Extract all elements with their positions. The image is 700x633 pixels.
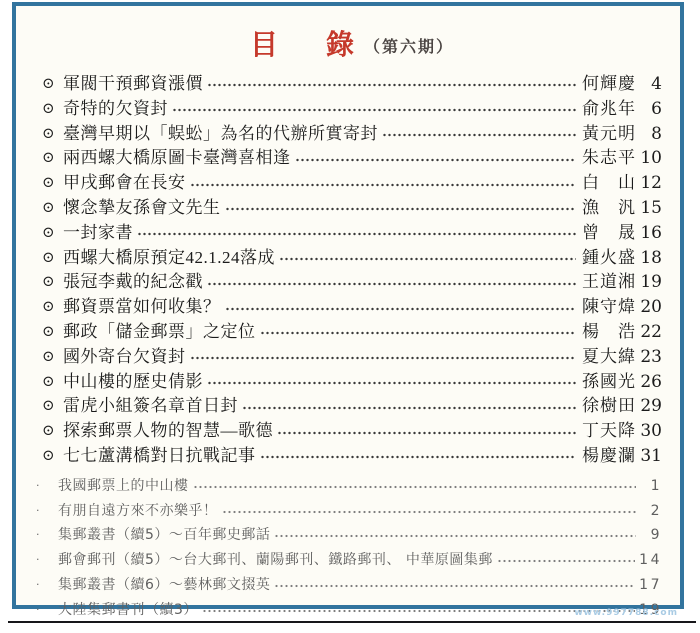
dot-leader: [222, 504, 637, 518]
entry-author: 王道湘: [582, 270, 638, 295]
dot-leader: [190, 349, 577, 366]
appendix-entry-row: · 我國郵票上的中山樓 1: [36, 474, 662, 499]
appendix-bullet-icon: ·: [36, 548, 58, 573]
appendix-page-number: 17: [639, 573, 662, 598]
toc-entry-row: ⊙ 一封家書 曾 晟 16: [42, 221, 662, 246]
entry-bullet-icon: ⊙: [42, 72, 63, 97]
entry-bullet-icon: ⊙: [42, 419, 63, 444]
entry-title: 奇特的欠資封: [63, 97, 168, 122]
entry-page-number: 30: [638, 419, 662, 444]
entry-bullet-icon: ⊙: [42, 345, 63, 370]
toc-entry-row: ⊙ 國外寄台欠資封 夏大緯 23: [42, 345, 662, 370]
entry-title: 中山樓的歷史倩影: [63, 370, 203, 395]
appendix-entry-title: 集郵叢書（續6）〜藝林郵文掇英: [58, 573, 270, 598]
entry-page-number: 6: [638, 97, 662, 122]
dot-leader: [190, 175, 577, 192]
entry-bullet-icon: ⊙: [42, 394, 63, 419]
entry-author: 鍾火盛: [582, 246, 638, 271]
entry-title: 七七蘆溝橋對日抗戰記事: [63, 444, 256, 469]
entry-author: 漁 汎: [582, 196, 638, 221]
entry-bullet-icon: ⊙: [42, 221, 63, 246]
entry-author: 黃元明: [582, 122, 638, 147]
dot-leader: [497, 554, 635, 568]
dot-leader: [295, 150, 577, 167]
entry-page-number: 22: [638, 320, 662, 345]
toc-entry-row: ⊙ 兩西螺大橋原圖卡臺灣喜相逢 朱志平 10: [42, 146, 662, 171]
entry-page-number: 23: [638, 345, 662, 370]
entry-title: 探索郵票人物的智慧—歌德: [63, 419, 273, 444]
toc-entry-row: ⊙ 張冠李戴的紀念戳 王道湘 19: [42, 270, 662, 295]
dot-leader: [260, 324, 577, 341]
entry-bullet-icon: ⊙: [42, 196, 63, 221]
entry-title: 雷虎小組簽名章首日封: [63, 394, 238, 419]
main-article-list: ⊙ 軍閥干預郵資漲價 何輝慶 4 ⊙ 奇特的欠資封 俞兆年 6 ⊙ 臺灣早期以「…: [42, 72, 662, 469]
entry-title: 懷念摯友孫會文先生: [63, 196, 221, 221]
entry-page-number: 18: [638, 246, 662, 271]
page-border-frame: 目 錄（第六期） ⊙ 軍閥干預郵資漲價 何輝慶 4 ⊙ 奇特的欠資封 俞兆年 6…: [12, 2, 684, 609]
dot-leader: [193, 479, 637, 493]
appendix-entry-title: 大陸集郵書刊（續3）: [58, 598, 198, 623]
entry-title: 張冠李戴的紀念戳: [63, 270, 203, 295]
entry-title: 西螺大橋原預定42.1.24落成: [63, 246, 275, 271]
dot-leader: [137, 225, 576, 242]
entry-title: 甲戌郵會在長安: [63, 171, 186, 196]
dot-leader: [207, 274, 576, 291]
entry-page-number: 8: [638, 122, 662, 147]
appendix-entry-row: · 有朋自遠方來不亦樂乎！ 2: [36, 499, 662, 524]
appendix-entry-title: 集郵叢書（續5）〜百年郵史郵話: [58, 523, 270, 548]
watermark-text: www.997788.com: [574, 608, 678, 618]
appendix-entry-title: 郵會郵刊（續5）〜台大郵刊、蘭陽郵刊、鐵路郵刊、 中華原圖集郵: [58, 548, 493, 573]
entry-page-number: 26: [638, 370, 662, 395]
entry-bullet-icon: ⊙: [42, 320, 63, 345]
entry-bullet-icon: ⊙: [42, 246, 63, 271]
appendix-bullet-icon: ·: [36, 573, 58, 598]
entry-author: 夏大緯: [582, 345, 638, 370]
dot-leader: [225, 200, 577, 217]
toc-entry-row: ⊙ 雷虎小組簽名章首日封 徐樹田 29: [42, 394, 662, 419]
entry-bullet-icon: ⊙: [42, 97, 63, 122]
appendix-entry-title: 有朋自遠方來不亦樂乎！: [58, 499, 218, 524]
dot-leader: [225, 299, 577, 316]
entry-author: 孫國光: [582, 370, 638, 395]
appendix-bullet-icon: ·: [36, 523, 58, 548]
issue-label: （第六期）: [364, 39, 454, 56]
dot-leader: [202, 603, 635, 617]
entry-author: 何輝慶: [582, 72, 638, 97]
entry-title: 郵資票當如何收集？: [63, 295, 221, 320]
appendix-page-number: 9: [640, 523, 662, 548]
dot-leader: [207, 76, 576, 93]
entry-title: 軍閥干預郵資漲價: [63, 72, 203, 97]
entry-title: 臺灣早期以「蜈蚣」為名的代辦所實寄封: [63, 122, 378, 147]
entry-author: 楊慶瀾: [582, 444, 638, 469]
toc-entry-row: ⊙ 軍閥干預郵資漲價 何輝慶 4: [42, 72, 662, 97]
toc-entry-row: ⊙ 中山樓的歷史倩影 孫國光 26: [42, 370, 662, 395]
entry-page-number: 15: [638, 196, 662, 221]
entry-bullet-icon: ⊙: [42, 270, 63, 295]
dot-leader: [279, 249, 576, 266]
appendix-entry-row: · 集郵叢書（續5）〜百年郵史郵話 9: [36, 523, 662, 548]
toc-entry-row: ⊙ 郵資票當如何收集？ 陳守煒 20: [42, 295, 662, 320]
entry-title: 一封家書: [63, 221, 133, 246]
bottom-rule-divider: [8, 621, 696, 623]
dot-leader: [207, 373, 576, 390]
dot-leader: [382, 125, 576, 142]
entry-title: 國外寄台欠資封: [63, 345, 186, 370]
entry-page-number: 20: [638, 295, 662, 320]
dot-leader: [274, 578, 635, 592]
entry-page-number: 19: [638, 270, 662, 295]
page-header: 目 錄（第六期）: [42, 20, 662, 62]
entry-page-number: 16: [638, 221, 662, 246]
appendix-entry-row: · 集郵叢書（續6）〜藝林郵文掇英 17: [36, 573, 662, 598]
entry-bullet-icon: ⊙: [42, 444, 63, 469]
entry-author: 白 山: [582, 171, 638, 196]
toc-entry-row: ⊙ 七七蘆溝橋對日抗戰記事 楊慶瀾 31: [42, 444, 662, 469]
entry-page-number: 31: [638, 444, 662, 469]
entry-page-number: 10: [638, 146, 662, 171]
toc-entry-row: ⊙ 懷念摯友孫會文先生 漁 汎 15: [42, 196, 662, 221]
entry-author: 朱志平: [582, 146, 638, 171]
entry-author: 曾 晟: [582, 221, 638, 246]
entry-title: 兩西螺大橋原圖卡臺灣喜相逢: [63, 146, 291, 171]
entry-author: 徐樹田: [582, 394, 638, 419]
appendix-list: · 我國郵票上的中山樓 1 · 有朋自遠方來不亦樂乎！ 2 · 集郵叢書（續5）…: [36, 474, 662, 623]
entry-bullet-icon: ⊙: [42, 370, 63, 395]
entry-author: 楊 浩: [582, 320, 638, 345]
dot-leader: [242, 398, 576, 415]
appendix-page-number: 1: [640, 474, 662, 499]
page-title: 目 錄: [250, 30, 364, 61]
entry-bullet-icon: ⊙: [42, 171, 63, 196]
entry-bullet-icon: ⊙: [42, 146, 63, 171]
appendix-bullet-icon: ·: [36, 474, 58, 499]
entry-bullet-icon: ⊙: [42, 295, 63, 320]
toc-entry-row: ⊙ 奇特的欠資封 俞兆年 6: [42, 97, 662, 122]
toc-entry-row: ⊙ 甲戌郵會在長安 白 山 12: [42, 171, 662, 196]
toc-entry-row: ⊙ 臺灣早期以「蜈蚣」為名的代辦所實寄封 黃元明 8: [42, 122, 662, 147]
toc-entry-row: ⊙ 郵政「儲金郵票」之定位 楊 浩 22: [42, 320, 662, 345]
appendix-entry-row: · 大陸集郵書刊（續3） 19: [36, 598, 662, 623]
entry-title: 郵政「儲金郵票」之定位: [63, 320, 256, 345]
entry-author: 丁天降: [582, 419, 638, 444]
entry-page-number: 12: [638, 171, 662, 196]
entry-page-number: 29: [638, 394, 662, 419]
dot-leader: [277, 423, 576, 440]
appendix-page-number: 2: [640, 499, 662, 524]
toc-entry-row: ⊙ 探索郵票人物的智慧—歌德 丁天降 30: [42, 419, 662, 444]
entry-bullet-icon: ⊙: [42, 122, 63, 147]
appendix-page-number: 14: [639, 548, 662, 573]
appendix-bullet-icon: ·: [36, 499, 58, 524]
appendix-bullet-icon: ·: [36, 598, 58, 623]
dot-leader: [260, 448, 577, 465]
entry-page-number: 4: [638, 72, 662, 97]
entry-author: 陳守煒: [582, 295, 638, 320]
appendix-entry-title: 我國郵票上的中山樓: [58, 474, 189, 499]
toc-entry-row: ⊙ 西螺大橋原預定42.1.24落成 鍾火盛 18: [42, 246, 662, 271]
dot-leader: [172, 101, 576, 118]
entry-author: 俞兆年: [582, 97, 638, 122]
appendix-entry-row: · 郵會郵刊（續5）〜台大郵刊、蘭陽郵刊、鐵路郵刊、 中華原圖集郵 14: [36, 548, 662, 573]
dot-leader: [274, 529, 636, 543]
